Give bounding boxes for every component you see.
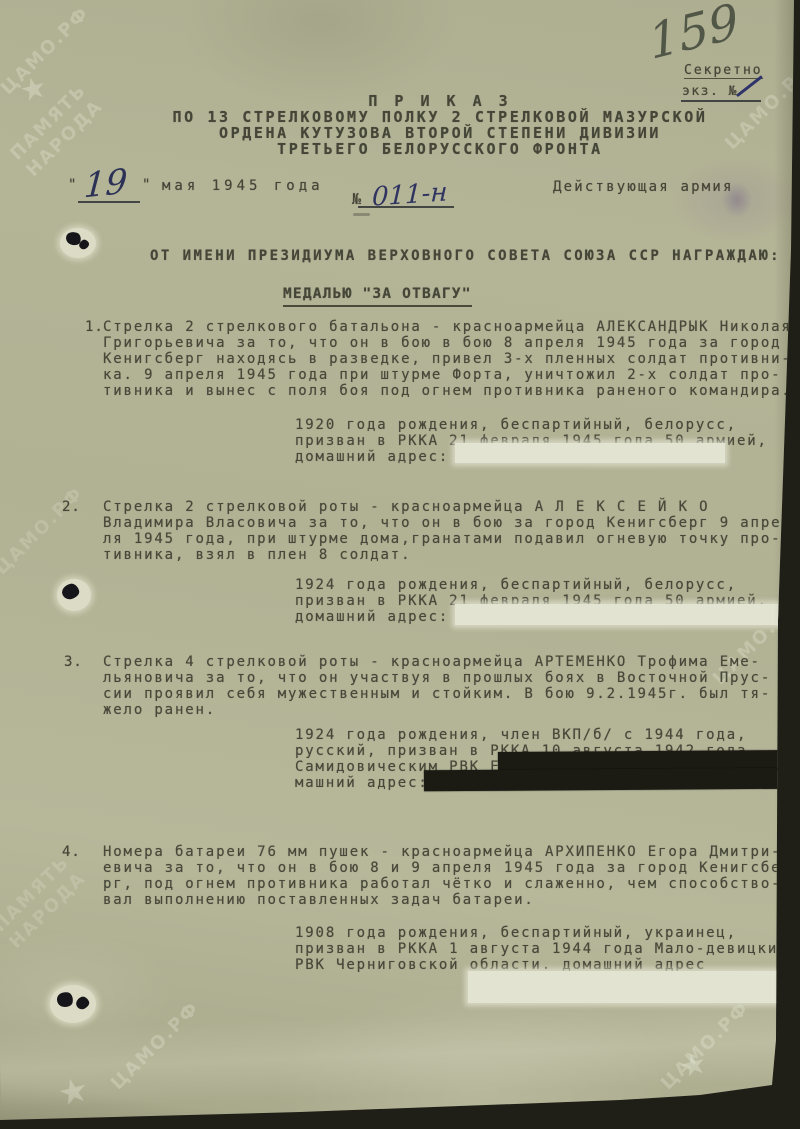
award-entry-2: 2. Стрелка 2 стрелковой роты - красноарм… — [0, 499, 800, 563]
citation-line: евича за то, что он в бою 8 и 9 апреля 1… — [103, 860, 800, 876]
acting-army-note: Действующая армия — [553, 179, 734, 195]
classification-label: Секретно — [684, 63, 763, 79]
scanned-document: ЦАМО.РФ ПАМЯТЬ НАРОДА ЦАМО.РФ ЦАМО.РФ ЦА… — [0, 0, 800, 1129]
citation-line: Владимира Власовича за то, что он в бою … — [103, 515, 800, 531]
details-line: 1920 года рождения, беспартийный, белору… — [295, 417, 800, 433]
star-icon: ★ — [16, 69, 51, 109]
details-line: 1908 года рождения, беспартийный, украин… — [295, 925, 800, 941]
citation-line: Стрелка 2 стрелкового батальона - красно… — [103, 319, 800, 335]
award-entry-1: 1. Стрелка 2 стрелкового батальона - кра… — [0, 319, 800, 399]
redaction-erased-address-2 — [455, 604, 795, 625]
soldier-details-4: 1908 года рождения, беспартийный, украин… — [295, 925, 800, 973]
paper-fold-highlight — [0, 1001, 800, 1109]
order-title-block: П Р И К А З ПО 13 СТРЕЛКОВОМУ ПОЛКУ 2 СТ… — [120, 92, 760, 156]
citation-line: рг, под огнем противника работал чётко и… — [103, 876, 800, 892]
redaction-erased-address-4 — [468, 971, 798, 1003]
citation-line: льяновича за то, что он участвуя в прошл… — [103, 670, 800, 686]
order-title-line: ТРЕТЬЕГО БЕЛОРУССКОГО ФРОНТА — [120, 140, 760, 156]
paper-sheet: ЦАМО.РФ ПАМЯТЬ НАРОДА ЦАМО.РФ ЦАМО.РФ ЦА… — [0, 0, 800, 1129]
entry-number: 2. — [62, 499, 81, 515]
details-line: 1924 года рождения, член ВКП/б/ с 1944 г… — [295, 727, 800, 743]
order-number-underline — [358, 206, 454, 208]
ink-smudge — [722, 182, 752, 218]
citation-line: Кенигсберг находясь в разведке, привел 3… — [103, 351, 800, 367]
citation-line: Стрелка 4 стрелковой роты - красноармейц… — [103, 654, 800, 670]
award-entry-3: 3. Стрелка 4 стрелковой роты - красноарм… — [0, 654, 800, 718]
details-line: призван в РККА 1 августа 1944 года Мало-… — [295, 941, 800, 957]
citation-line: жело ранен. — [103, 702, 800, 718]
date-month-year: мая 1945 года — [162, 178, 324, 194]
ink-smudge — [353, 213, 370, 216]
order-title-line: ПО 13 СТРЕЛКОВОМУ ПОЛКУ 2 СТРЕЛКОВОЙ МАЗ… — [120, 108, 760, 124]
date-day-underline — [78, 201, 140, 203]
medal-heading: МЕДАЛЬЮ "ЗА ОТВАГУ" — [283, 286, 472, 307]
citation-line: Григорьевича за то, что он в бою в бою 8… — [103, 335, 800, 351]
page-number-handwritten: 159 — [645, 0, 742, 71]
award-entry-4: 4. Номера батареи 76 мм пушек - красноар… — [0, 844, 800, 908]
date-close-quote: " — [142, 177, 153, 193]
citation-line: тивника, взял в плен 8 солдат. — [103, 547, 800, 563]
date-open-quote: " — [68, 177, 79, 193]
entry-number: 3. — [64, 654, 83, 670]
entry-number: 1. — [85, 319, 104, 335]
citation-line: сии проявил себя мужественным и стойким.… — [103, 686, 800, 702]
citation-line: тивника и вынес с поля боя под огнем про… — [103, 383, 800, 399]
award-preamble: ОТ ИМЕНИ ПРЕЗИДИУМА ВЕРХОВНОГО СОВЕТА СО… — [150, 248, 781, 264]
date-day-handwritten: 19 — [83, 161, 129, 206]
citation-line: ка. 9 апреля 1945 года при штурме Форта,… — [103, 367, 800, 383]
citation-line: Стрелка 2 стрелковой роты - красноармейц… — [103, 499, 800, 515]
citation-line: ля 1945 года, при штурме дома,гранатами … — [103, 531, 800, 547]
details-line: 1924 года рождения, беспартийный, белору… — [295, 577, 800, 593]
citation-line: Номера батареи 76 мм пушек - красноармей… — [103, 844, 800, 860]
redaction-erased-address-1 — [455, 443, 725, 463]
citation-line: вал выполнению поставленных задач батаре… — [103, 892, 800, 908]
order-title-word: П Р И К А З — [120, 92, 760, 108]
redaction-blackbox-address-3 — [424, 768, 796, 792]
entry-number: 4. — [62, 844, 81, 860]
order-title-line: ОРДЕНА КУТУЗОВА ВТОРОЙ СТЕПЕНИ ДИВИЗИИ — [120, 124, 760, 140]
